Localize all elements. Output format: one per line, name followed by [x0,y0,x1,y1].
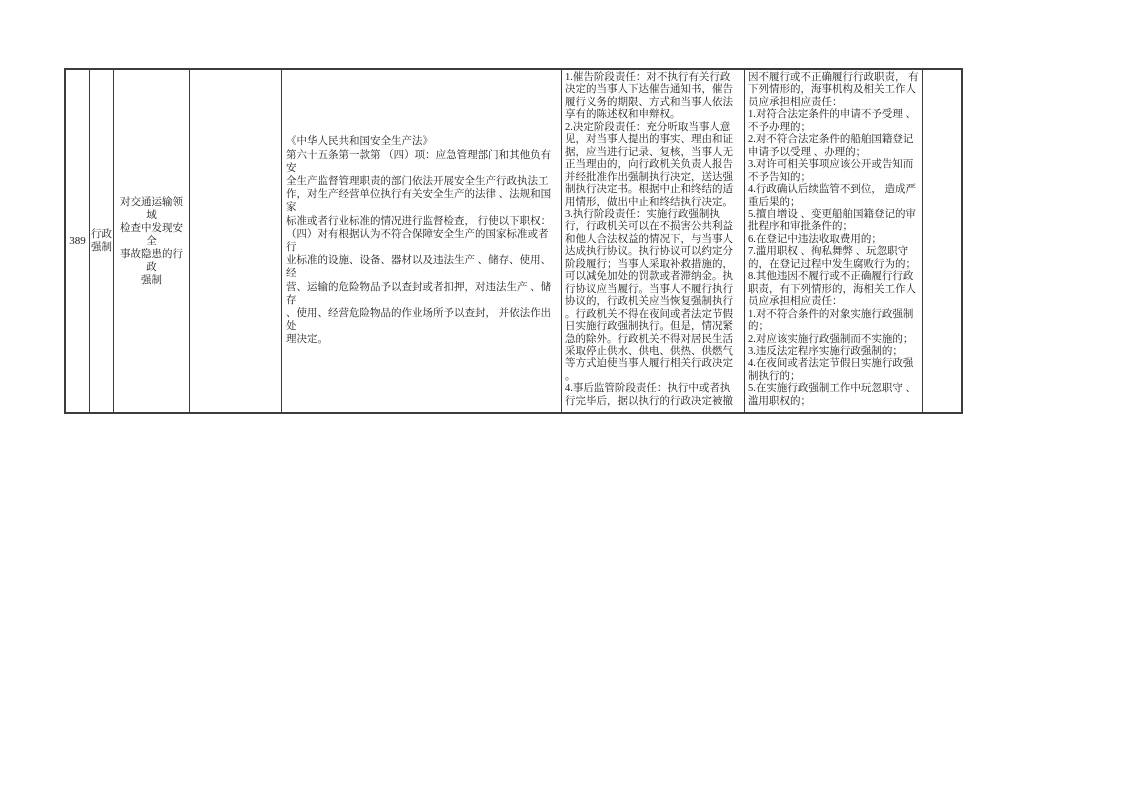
seq-no-text: 389 [69,235,86,247]
table-cell-legal-basis: 《中华人民共和国安全生产法》 第六十五条第一款第 （四）项：应急管理部门和其他负… [282,70,562,412]
responsibilities-text: 1.催告阶段责任：对不执行有关行政 决定的当事人下达催告通知书，催告 履行义务的… [565,72,733,407]
power-type-text: 行政 强制 [91,228,112,254]
legal-basis-text: 《中华人民共和国安全生产法》 第六十五条第一款第 （四）项：应急管理部门和其他负… [286,135,558,346]
duty-list-table: 389 行政 强制 对交通运输领域 检查中发现安全 事故隐患的行政 强制 《中华… [64,68,963,414]
table-cell-power-name: 对交通运输领域 检查中发现安全 事故隐患的行政 强制 [114,70,190,412]
table-cell-responsibilities: 1.催告阶段责任：对不执行有关行政 决定的当事人下达催告通知书，催告 履行义务的… [562,70,745,412]
table-cell-accountability: 因不履行或不正确履行行政职责， 有 下列情形的，海事机构及相关工作人 员应承担相… [745,70,923,412]
power-name-text: 对交通运输领域 检查中发现安全 事故隐患的行政 强制 [115,196,188,287]
accountability-text: 因不履行或不正确履行行政职责， 有 下列情形的，海事机构及相关工作人 员应承担相… [748,72,919,407]
document-page: 389 行政 强制 对交通运输领域 检查中发现安全 事故隐患的行政 强制 《中华… [0,0,1122,793]
table-cell-empty-2 [923,70,959,412]
table-cell-seq-no: 389 [66,70,90,412]
table-cell-empty-1 [190,70,282,412]
table-cell-power-type: 行政 强制 [90,70,114,412]
